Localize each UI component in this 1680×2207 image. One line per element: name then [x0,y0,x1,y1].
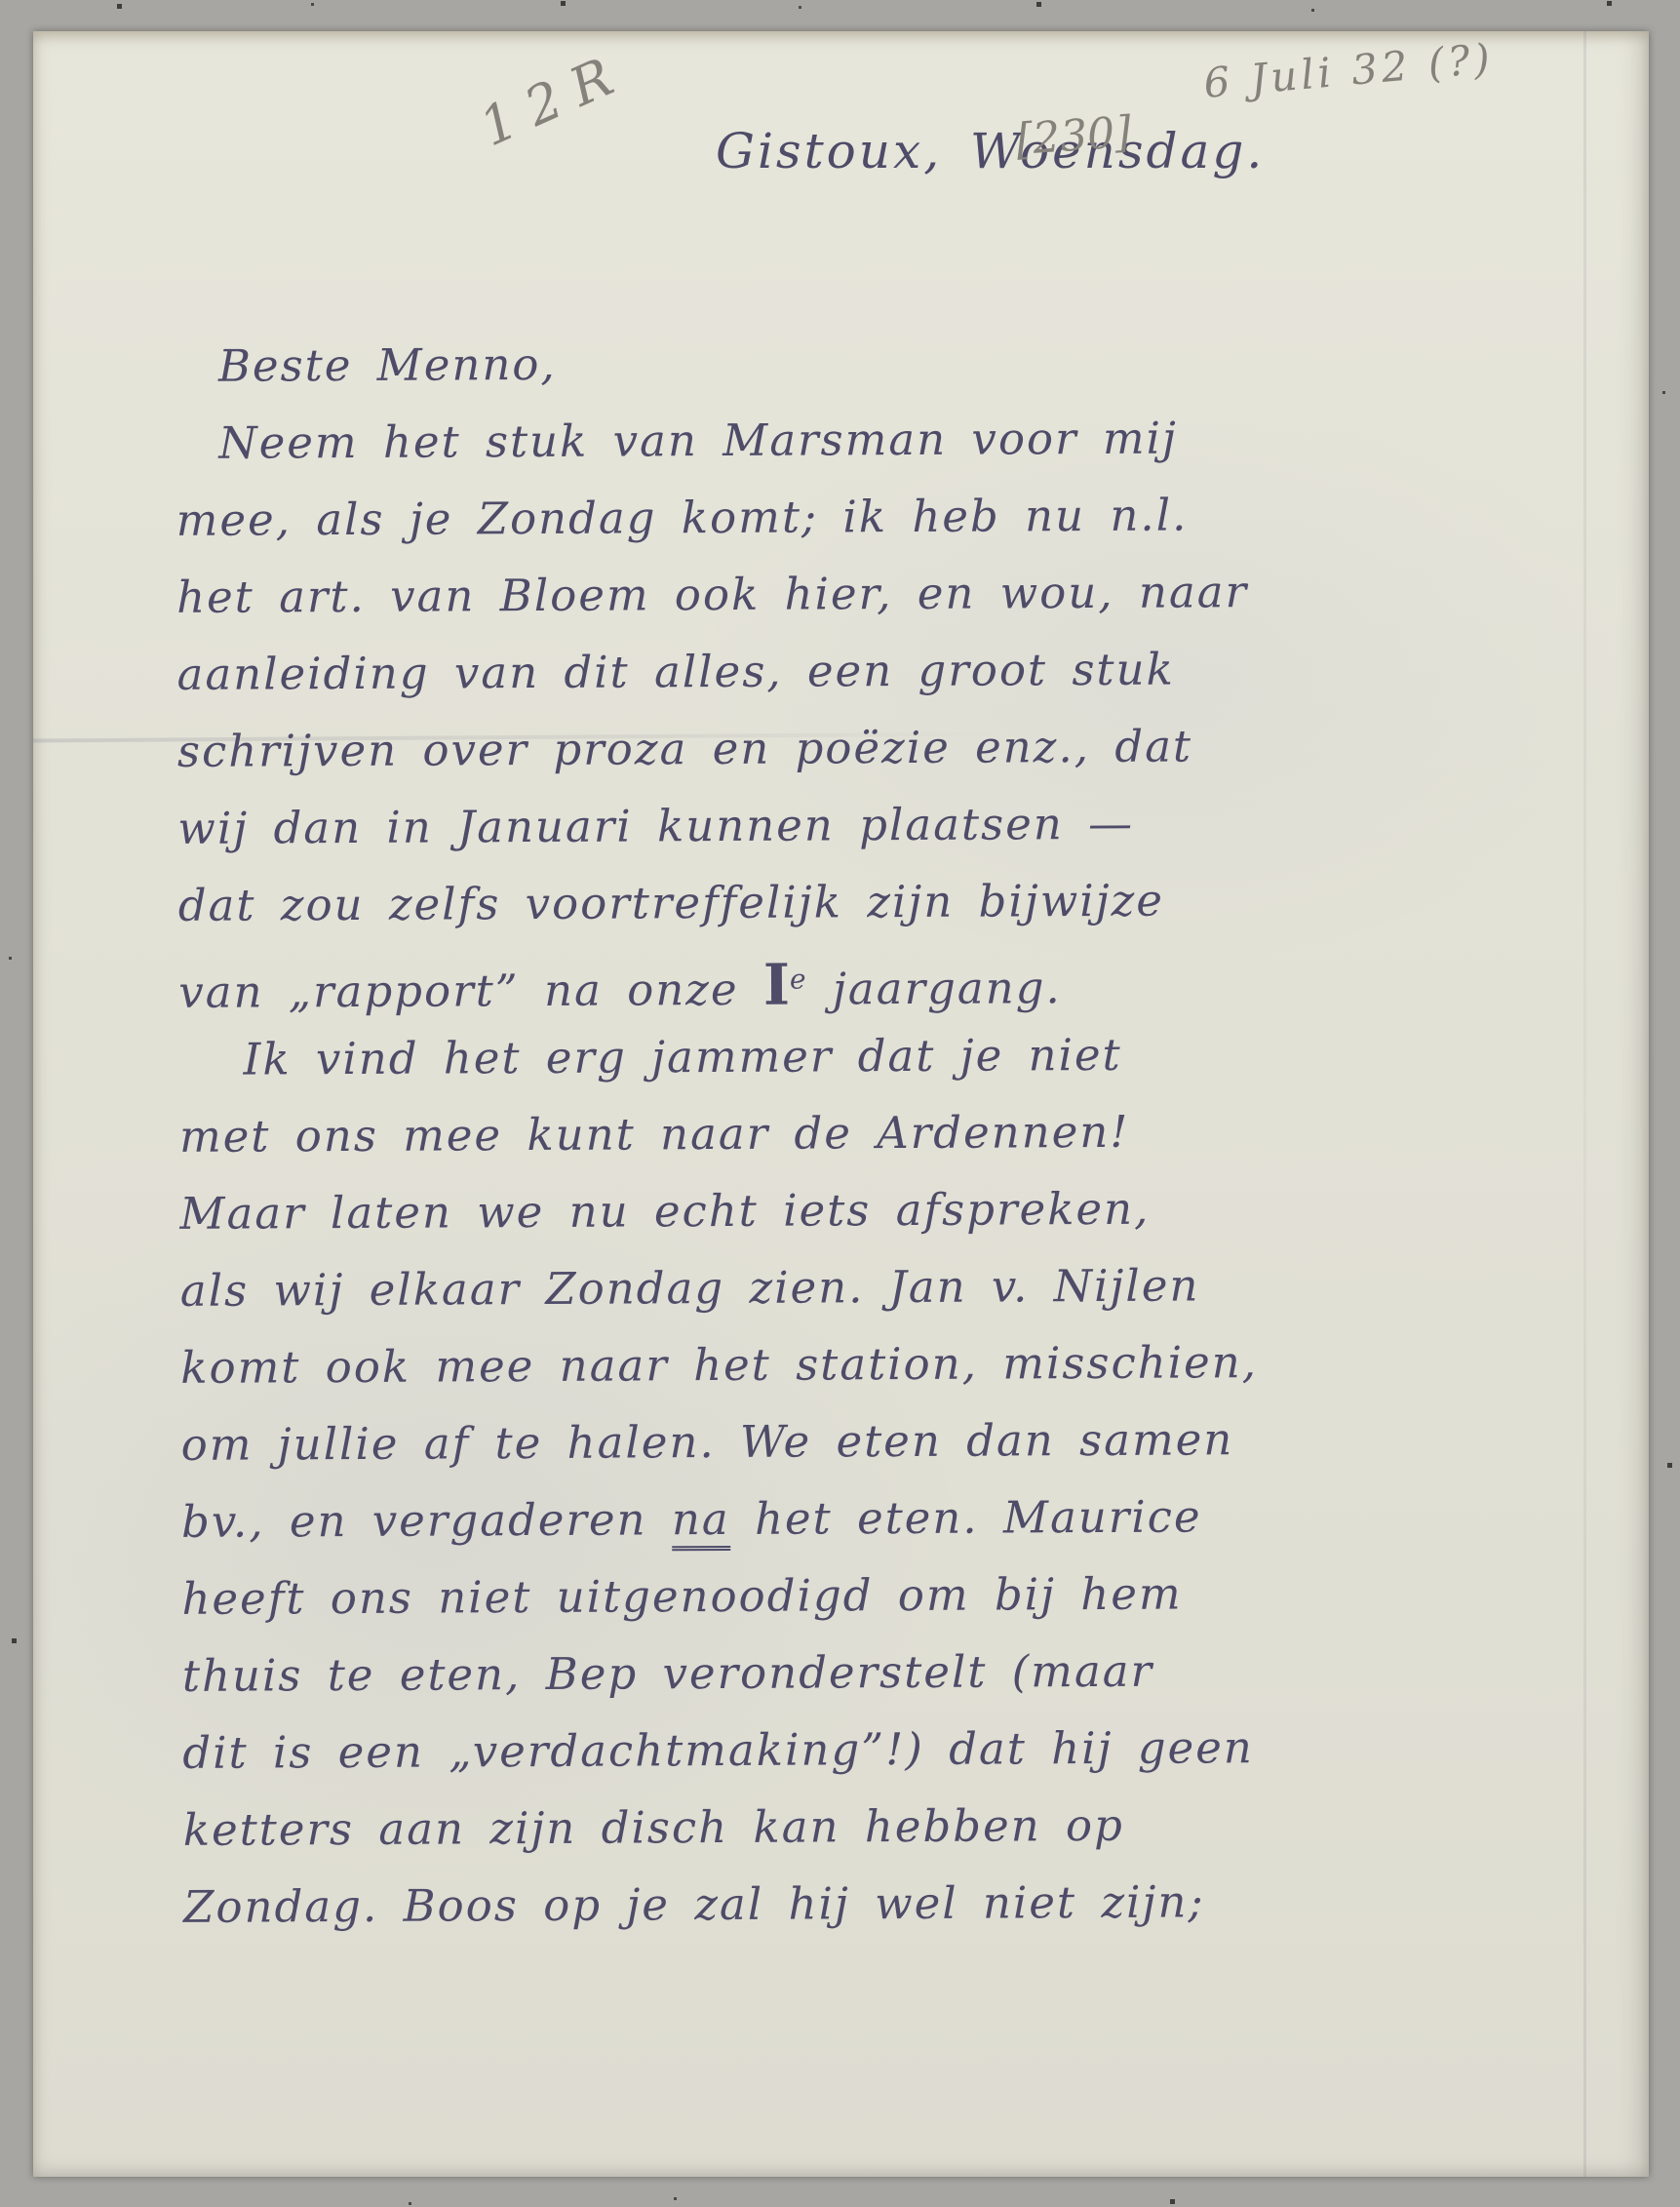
letter-line: thuis te eten, Bep veronderstelt (maar [182,1630,1645,1714]
letter-line: wij dan in Januari kunnen plaatsen — [177,782,1640,867]
ordinal-suffix: e [790,964,808,996]
letter-line: ketters aan zijn disch kan hebben op [183,1784,1646,1869]
letter-line: het art. van Bloem ook hier, en wou, naa… [176,551,1639,636]
letter-line: Neem het stuk van Marsman voor mij [176,397,1638,482]
letter-body: Beste Menno, Neem het stuk van Marsman v… [176,320,1647,1946]
letter-line: aanleiding van dit alles, een groot stuk [176,628,1639,713]
na-line-pre: bv., en vergaderen [181,1493,672,1548]
letter-line: komt ook mee naar het station, misschien… [180,1321,1643,1406]
dust-specks [0,0,1,1]
underlined-word-na: na [672,1493,730,1551]
letter-line: heeft ons niet uitgenoodigd om bij hem [181,1553,1644,1637]
letter-line: dat zou zelfs voortreffelijk zijn bijwij… [178,859,1641,944]
letter-line: om jullie af te halen. We eten dan samen [180,1399,1643,1483]
archival-pencil-mark: 12R [471,40,636,159]
letter-line: als wij elkaar Zondag zien. Jan v. Nijle… [180,1244,1643,1329]
jaargang-post: jaargang. [807,962,1061,1014]
pencil-date-annotation: 6 Juli 32 (?) [1201,34,1495,107]
jaargang-pre: van „rapport” na onze [178,964,763,1018]
roman-numeral-one: I [763,952,790,1018]
letter-line: Ik vind het erg jammer dat je niet [178,1013,1641,1098]
scanned-letter-photo: { "annotations": { "archival_mark": "12R… [0,0,1680,2207]
letter-line: schrijven over proza en poëzie enz., dat [177,705,1640,790]
letter-page: 12R 6 Juli 32 (?) Gistoux, Woensdag. [23… [33,31,1649,2177]
letter-line: dit is een „verdachtmaking”!) dat hij ge… [182,1707,1645,1792]
letter-line: mee, als je Zondag komt; ik heb nu n.l. [176,474,1638,559]
letter-line: Zondag. Boos op je zal hij wel niet zijn… [183,1861,1646,1946]
letter-line: Maar laten we nu echt iets afspreken, [179,1167,1642,1252]
na-line-post: het eten. Maurice [730,1490,1202,1545]
salutation: Beste Menno, [176,320,1638,405]
letter-line-jaargang: van „rapport” na onze Ie jaargang. [178,936,1641,1021]
letter-line: met ons mee kunt naar de Ardennen! [179,1090,1642,1175]
letter-number-annotation: [230] [1014,107,1133,165]
dateline: Gistoux, Woensdag. [716,123,1265,179]
letter-line-na: bv., en vergaderen na het eten. Maurice [181,1476,1644,1560]
